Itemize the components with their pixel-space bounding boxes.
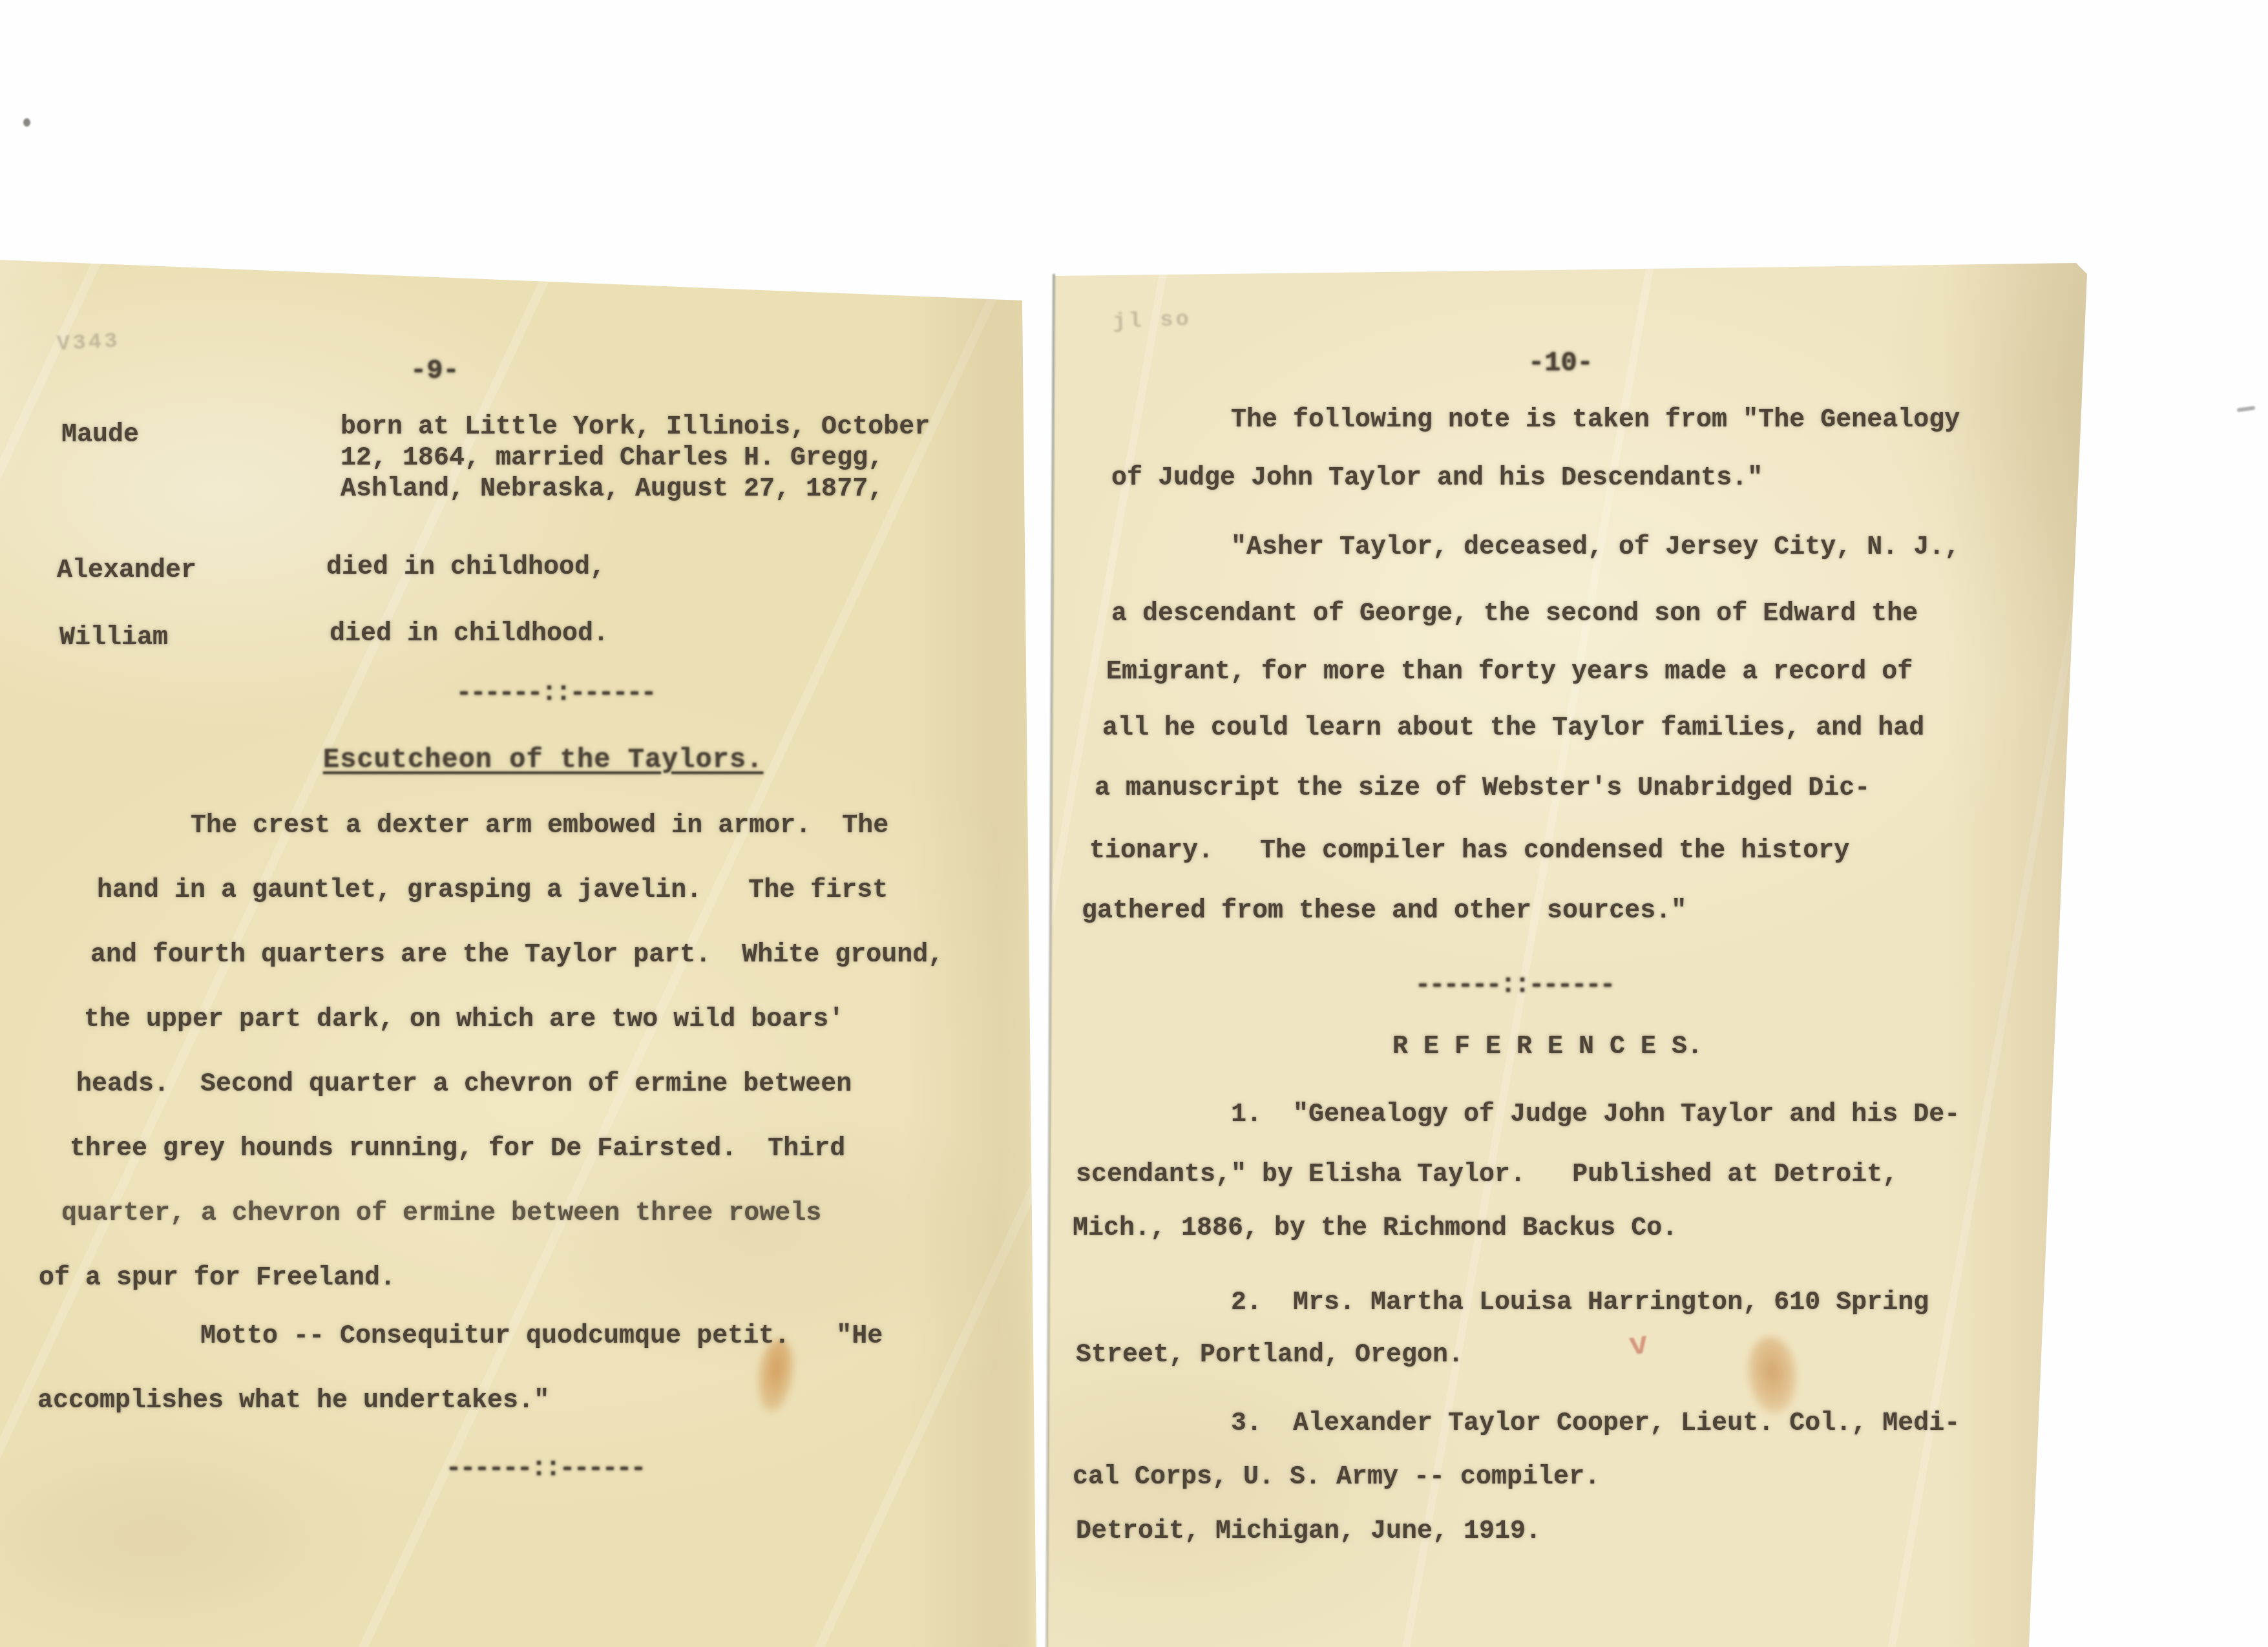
quote-line: a descendant of George, the second son o…: [1111, 598, 1918, 631]
body-line: and fourth quarters are the Taylor part.…: [90, 939, 943, 972]
pencil-dash: [2237, 406, 2256, 412]
quote-line: tionary. The compiler has condensed the …: [1089, 835, 1849, 868]
divider: ------::------: [456, 677, 655, 711]
intro-line: of Judge John Taylor and his Descendants…: [1111, 462, 1763, 496]
quote-line: "Asher Taylor, deceased, of Jersey City,…: [1231, 531, 1960, 565]
motto-line: accomplishes what he undertakes.": [37, 1385, 549, 1418]
reference-line: scendants," by Elisha Taylor. Published …: [1076, 1159, 1898, 1192]
body-line: heads. Second quarter a chevron of ermin…: [76, 1068, 852, 1102]
divider: ------::------: [1415, 969, 1614, 1003]
pencil-mark: V343: [56, 329, 120, 357]
body-line: quarter, a chevron of ermine between thr…: [61, 1197, 821, 1231]
family-entry-line: 12, 1864, married Charles H. Gregg,: [341, 442, 883, 476]
reference-line: cal Corps, U. S. Army -- compiler.: [1073, 1461, 1600, 1495]
quote-line: gathered from these and other sources.": [1082, 895, 1686, 928]
closing-line: Detroit, Michigan, June, 1919.: [1076, 1515, 1541, 1549]
family-entry-line: died in childhood,: [326, 551, 605, 585]
reference-line: 1. "Genealogy of Judge John Taylor and h…: [1231, 1098, 1960, 1132]
reference-line: 2. Mrs. Martha Louisa Harrington, 610 Sp…: [1231, 1286, 1929, 1320]
body-line: hand in a gauntlet, grasping a javelin. …: [97, 874, 888, 908]
intro-line: The following note is taken from "The Ge…: [1231, 404, 1960, 437]
family-entry-label: William: [59, 622, 168, 655]
family-entry-line: Ashland, Nebraska, August 27, 1877,: [341, 473, 883, 507]
reference-line: Mich., 1886, by the Richmond Backus Co.: [1073, 1212, 1677, 1246]
scanned-document: v V343 jl so -9- Maude born at Little Yo…: [0, 0, 2268, 1647]
divider: ------::------: [446, 1453, 645, 1486]
quote-line: Emigrant, for more than forty years made…: [1106, 656, 1913, 689]
body-line: three grey hounds running, for De Fairst…: [70, 1133, 845, 1166]
ink-speck: [23, 118, 30, 127]
body-line: of a spur for Freeland.: [39, 1262, 395, 1296]
section-heading: Escutcheon of the Taylors.: [323, 743, 763, 777]
family-entry-line: died in childhood.: [330, 618, 609, 651]
pencil-mark: jl so: [1112, 308, 1192, 335]
family-entry-label: Maude: [61, 419, 139, 452]
quote-line: all he could learn about the Taylor fami…: [1102, 712, 1924, 746]
reference-line: Street, Portland, Oregon.: [1076, 1339, 1464, 1372]
motto-line: Motto -- Consequitur quodcumque petit. "…: [200, 1320, 883, 1354]
body-line: the upper part dark, on which are two wi…: [84, 1003, 844, 1037]
family-entry-label: Alexander: [57, 554, 196, 588]
family-entry-line: born at Little York, Illinois, October: [341, 411, 930, 445]
page-number: -10-: [1528, 346, 1593, 380]
body-line: The crest a dexter arm embowed in armor.…: [191, 810, 888, 843]
page-number: -9-: [410, 354, 459, 388]
references-heading: R E F E R E N C E S.: [1392, 1031, 1703, 1064]
reference-line: 3. Alexander Taylor Cooper, Lieut. Col.,…: [1231, 1407, 1960, 1441]
quote-line: a manuscript the size of Webster's Unabr…: [1095, 772, 1870, 806]
